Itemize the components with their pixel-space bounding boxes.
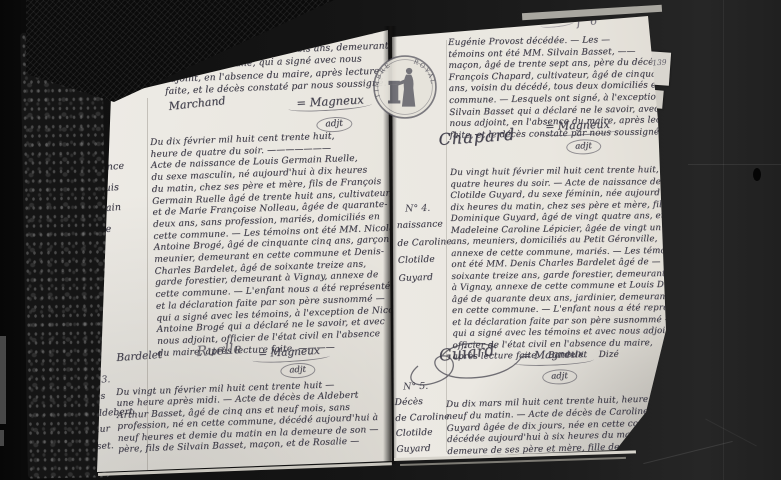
timbre-royal-stamp: TIMBRE ROYAL <box>372 54 438 120</box>
act2-signature-title-text: adjt <box>280 362 315 379</box>
act2-signature-title: adjt <box>280 362 315 379</box>
film-edge-glare <box>0 336 6 424</box>
act2-text: Du dix février mil huit cent trente huit… <box>150 129 408 360</box>
act4-margin-label: naissancede CarolineClotildeGuyard <box>396 216 453 288</box>
act4-margin-number: N° 4. <box>405 202 451 215</box>
act3-signature-title-text: adjt <box>566 139 601 155</box>
film-scratch <box>705 418 757 446</box>
act3-signature-title: adjt <box>566 139 601 155</box>
marbled-book-edge <box>20 31 110 478</box>
act4-text: Du vingt huit février mil huit cent tren… <box>450 164 705 363</box>
film-scratch <box>643 441 733 464</box>
microfilm-scan: 139 savoir signer et Vincent César March… <box>0 0 781 480</box>
film-scratch <box>688 164 781 165</box>
act3-text: Du vingt un février mil huit cent trente… <box>116 379 379 457</box>
film-seam <box>723 0 724 480</box>
film-edge-glare <box>0 430 4 446</box>
margin-note-act4: N° 4. naissancede CarolineClotildeGuyard <box>396 202 453 288</box>
act2-signature-ruelle: Ruelle <box>196 341 242 360</box>
act5-text: Du dix mars mil huit cent trente huit, h… <box>446 394 689 459</box>
act5-margin-label: Décèsde CarolineClotildeGuyard <box>394 394 451 458</box>
film-blemish <box>753 168 761 181</box>
